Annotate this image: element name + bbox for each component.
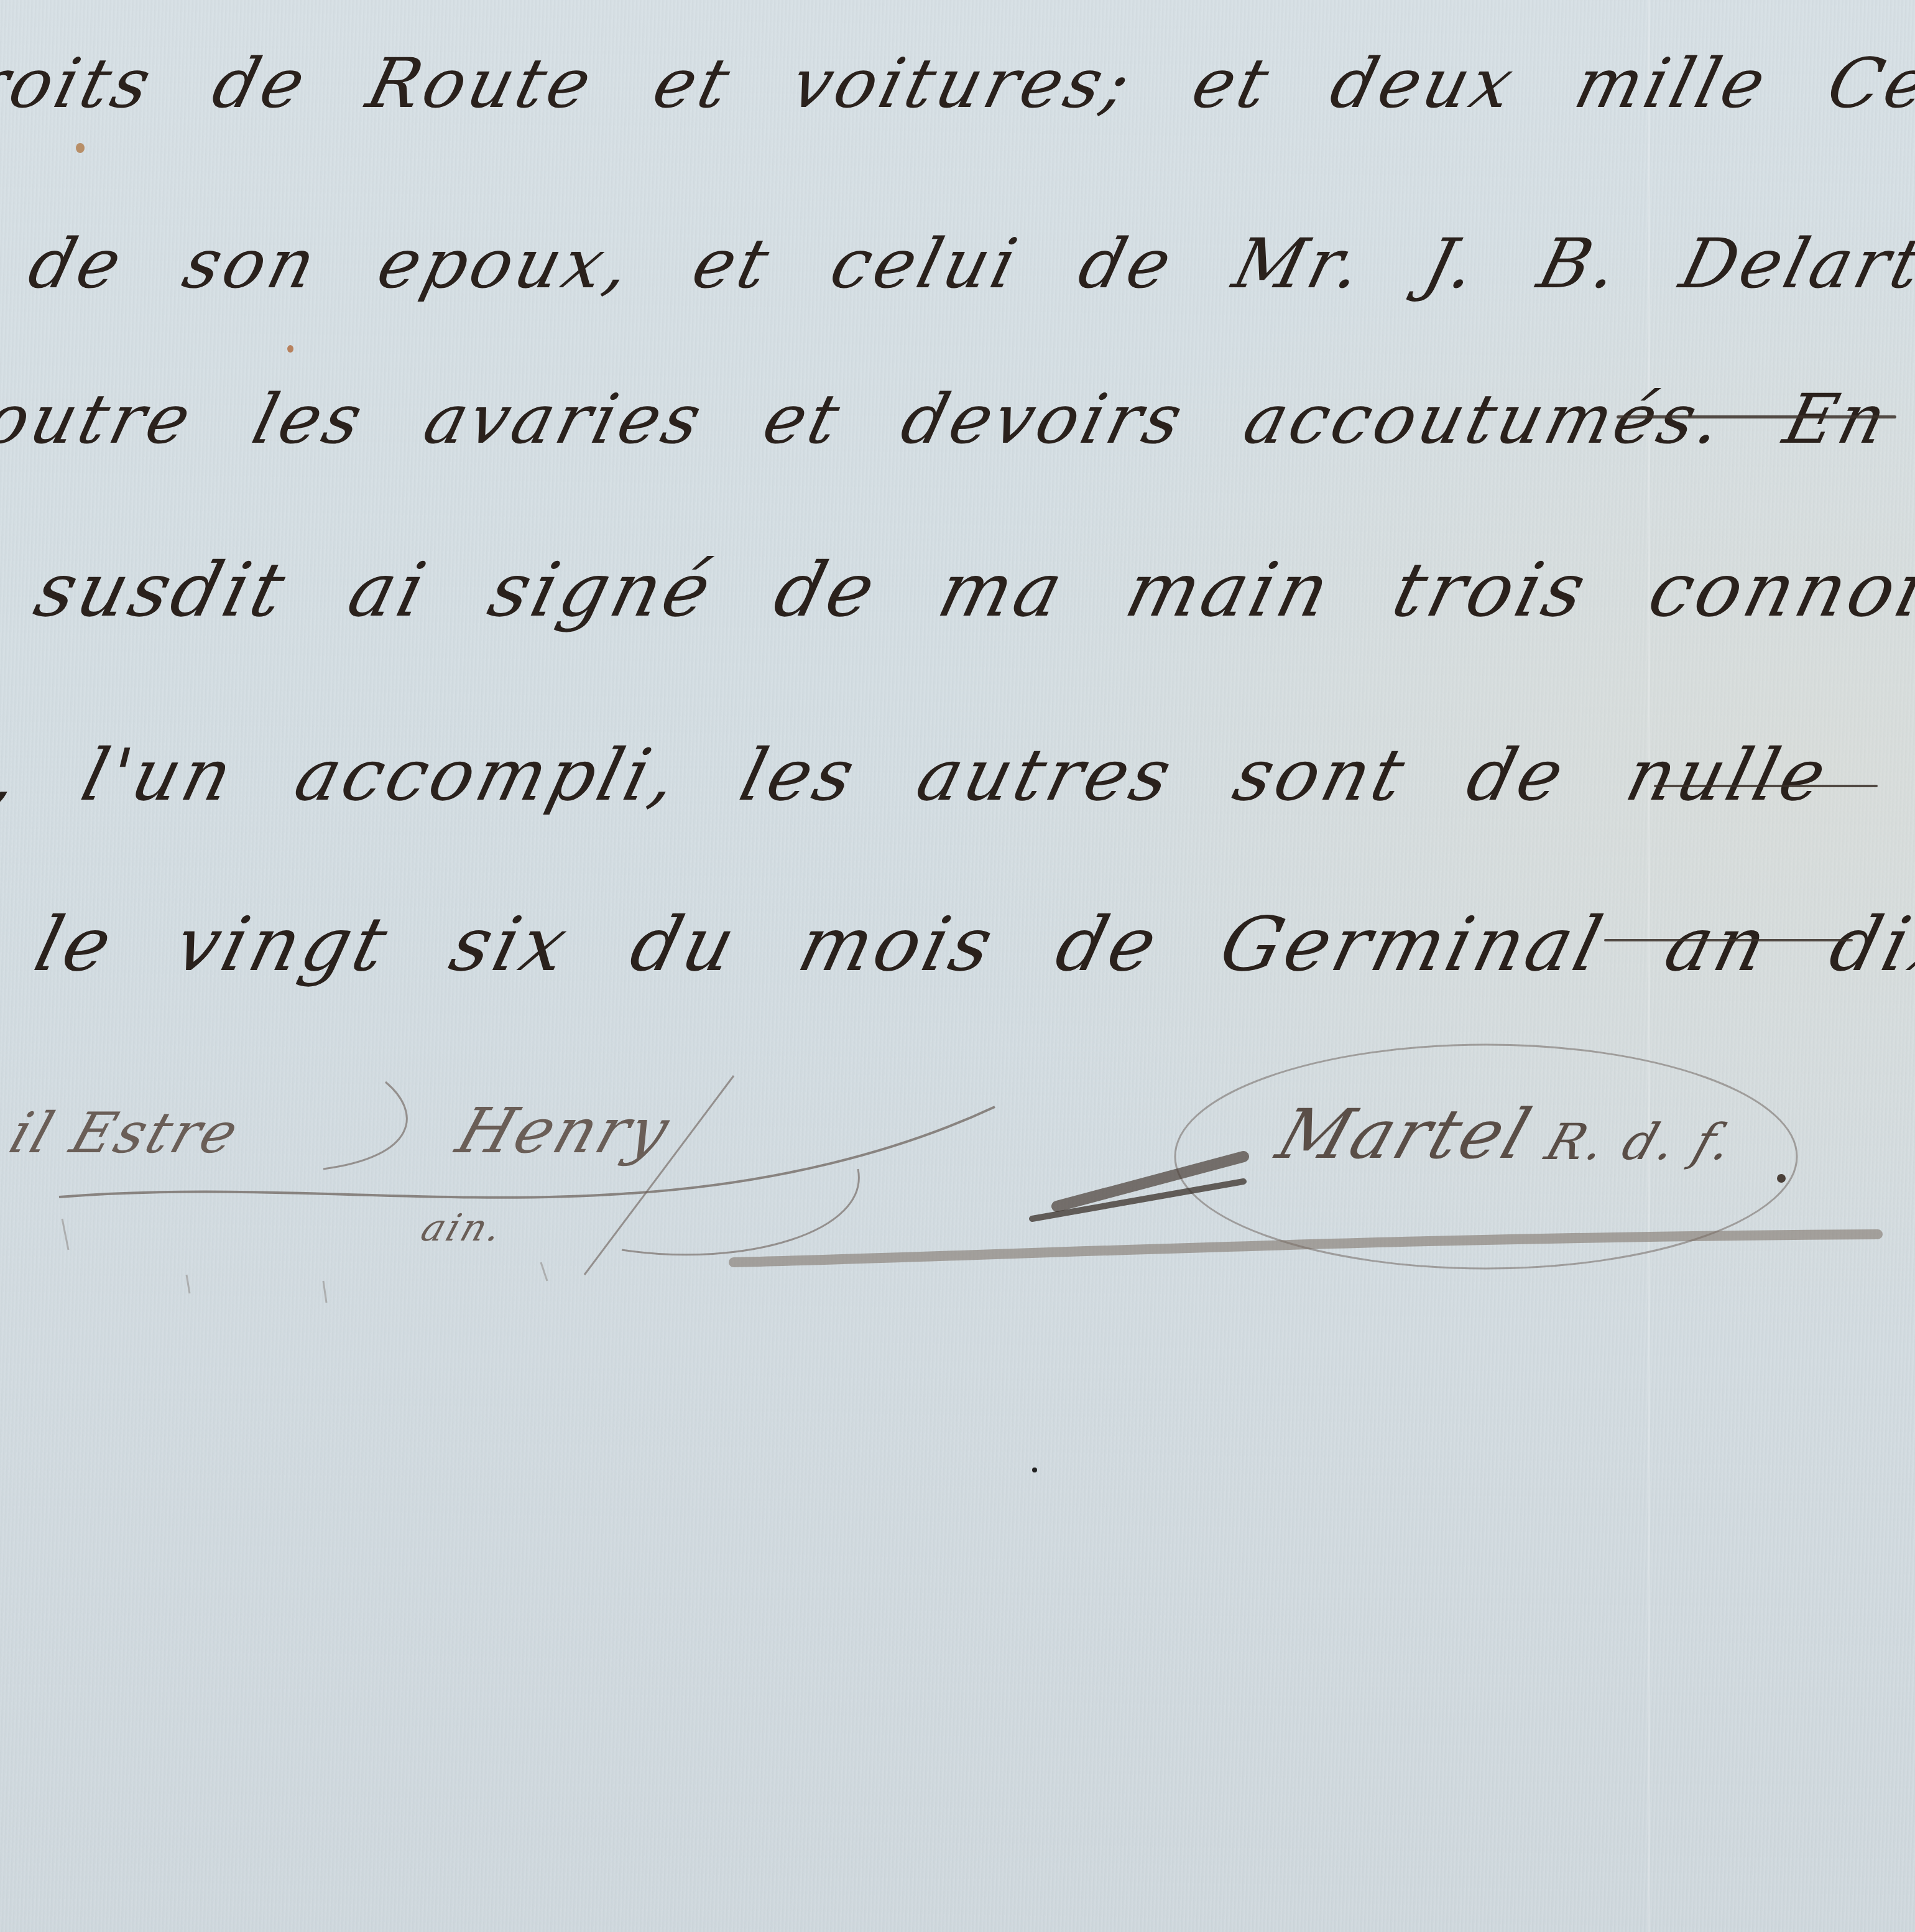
signature-flourish bbox=[0, 0, 1915, 1932]
document-paper: roits de Route et voitures; et deux mill… bbox=[0, 0, 1915, 1932]
